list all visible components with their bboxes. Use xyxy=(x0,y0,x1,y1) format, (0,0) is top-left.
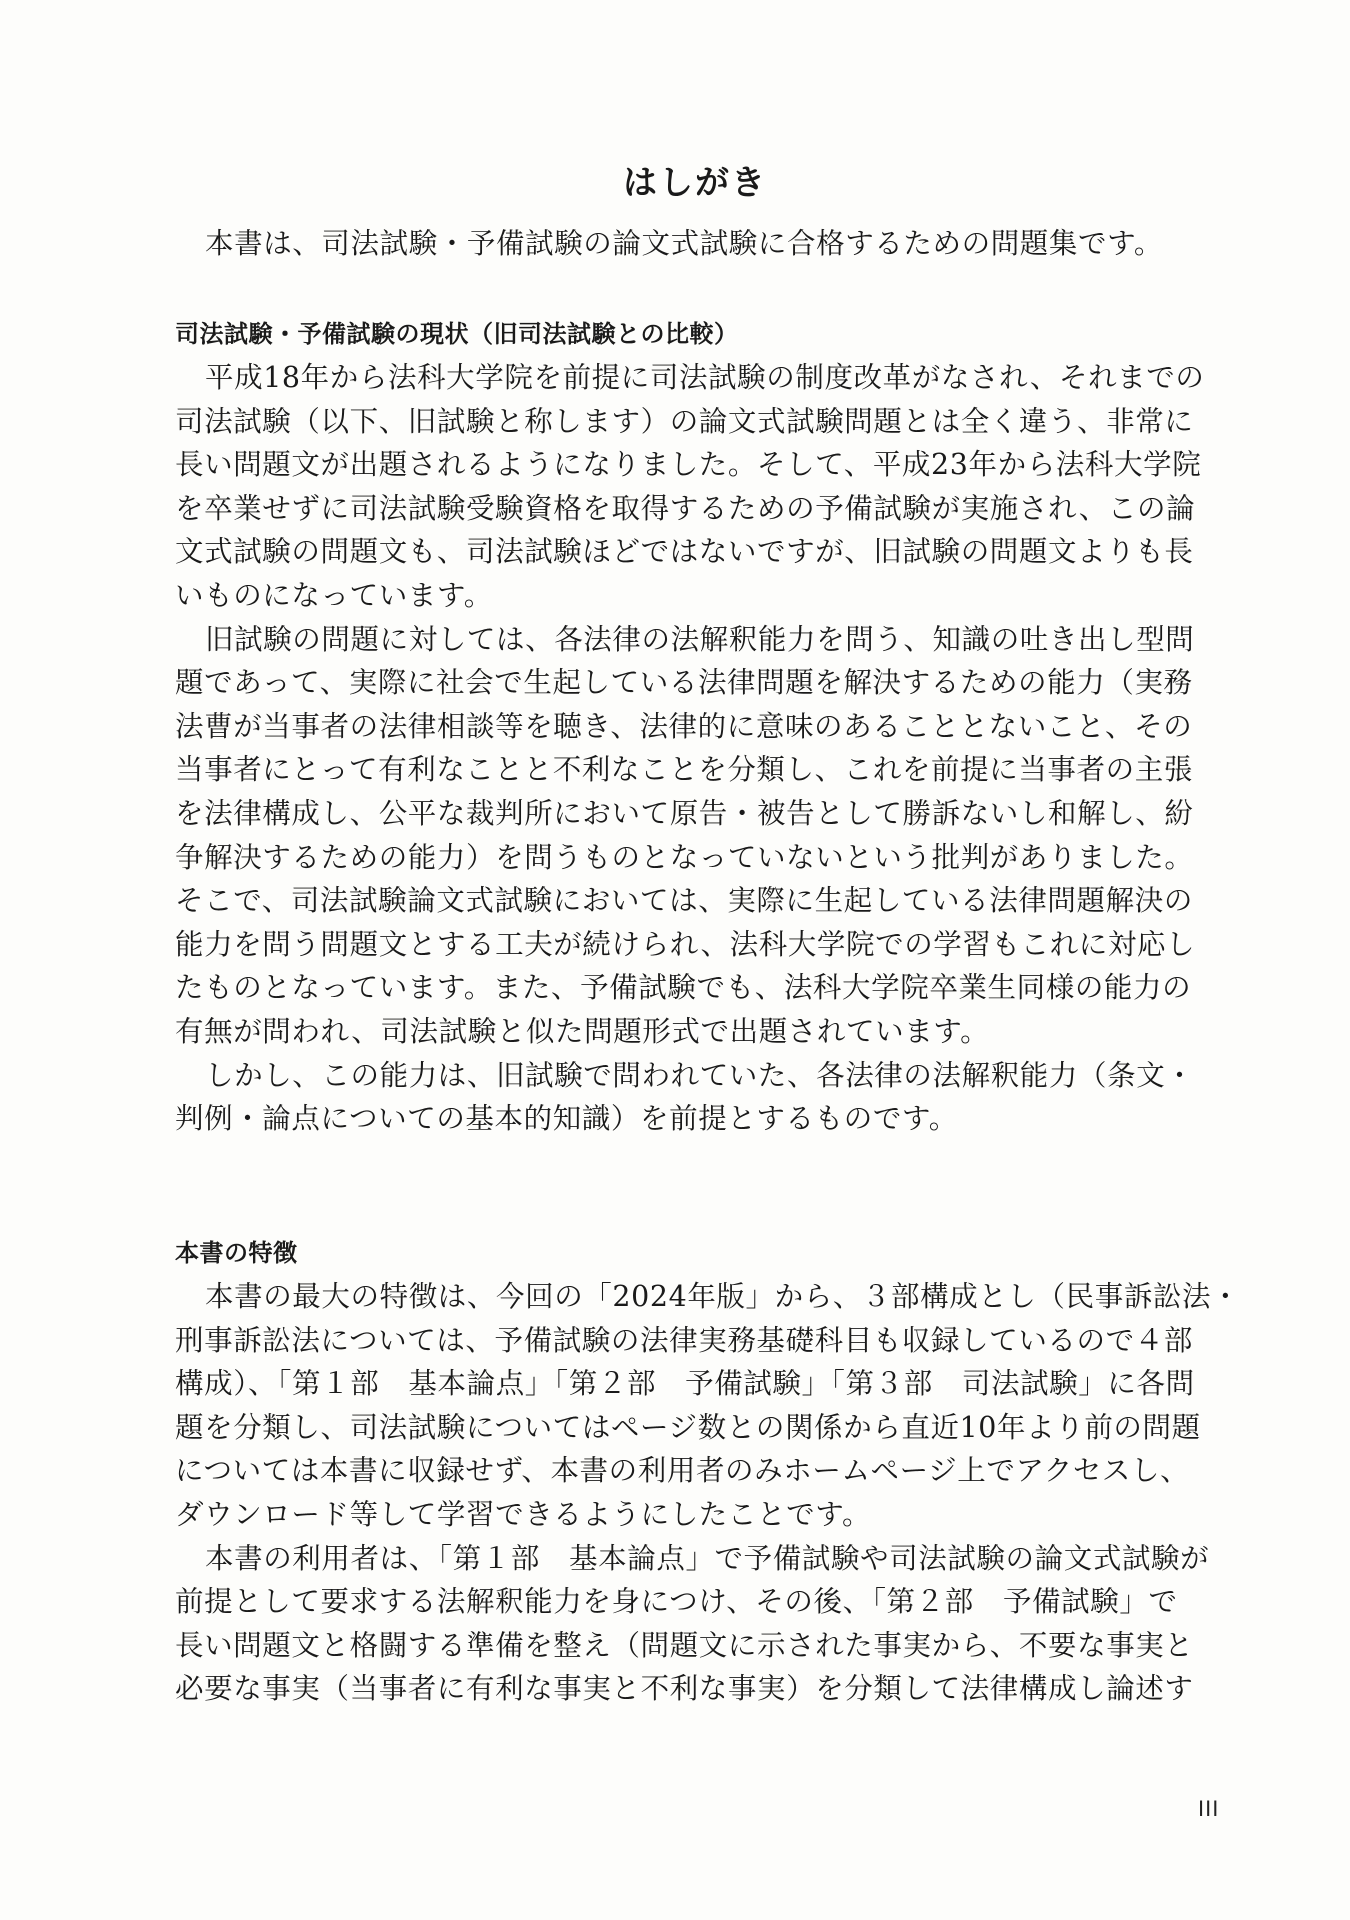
page-number: III xyxy=(1198,1796,1219,1822)
paragraph-line: については本書に収録せず、本書の利用者のみホームページ上でアクセスし、 xyxy=(175,1449,1225,1493)
paragraph-line: 能力を問う問題文とする工夫が続けられ、法科大学院での学習もこれに対応し xyxy=(175,923,1225,967)
paragraph-line: 必要な事実（当事者に有利な事実と不利な事実）を分類して法律構成し論述す xyxy=(175,1667,1225,1711)
page-title: はしがき xyxy=(0,155,1350,204)
paragraph-line: 争解決するための能力）を問うものとなっていないという批判がありました。 xyxy=(175,836,1225,880)
paragraph-line: 題であって、実際に社会で生起している法律問題を解決するための能力（実務 xyxy=(175,661,1225,705)
paragraph-line: いものになっています。 xyxy=(175,574,1225,618)
paragraph-line: そこで、司法試験論文式試験においては、実際に生起している法律問題解決の xyxy=(175,879,1225,923)
paragraph-line: 本書の利用者は、「第１部 基本論点」で予備試験や司法試験の論文式試験が xyxy=(175,1537,1225,1581)
paragraph-line: 長い問題文と格闘する準備を整え（問題文に示された事実から、不要な事実と xyxy=(175,1624,1225,1668)
paragraph-line: 本書の最大の特徴は、今回の「2024年版」から、３部構成とし（民事訴訟法・ xyxy=(175,1275,1225,1319)
paragraph-line: しかし、この能力は、旧試験で問われていた、各法律の法解釈能力（条文・ xyxy=(175,1054,1225,1098)
paragraph-line: 刑事訴訟法については、予備試験の法律実務基礎科目も収録しているので４部 xyxy=(175,1319,1225,1363)
paragraph-line: 題を分類し、司法試験についてはページ数との関係から直近10年より前の問題 xyxy=(175,1406,1225,1450)
paragraph-line: 判例・論点についての基本的知識）を前提とするものです。 xyxy=(175,1097,1225,1141)
section-book-features: 本書の特徴 本書の最大の特徴は、今回の「2024年版」から、３部構成とし（民事訴… xyxy=(175,1231,1225,1711)
paragraph-line: 司法試験（以下、旧試験と称します）の論文式試験問題とは全く違う、非常に xyxy=(175,400,1225,444)
document-page: はしがき 本書は、司法試験・予備試験の論文式試験に合格するための問題集です。 司… xyxy=(0,0,1350,1920)
paragraph-line: 当事者にとって有利なことと不利なことを分類し、これを前提に当事者の主張 xyxy=(175,748,1225,792)
section-heading: 司法試験・予備試験の現状（旧司法試験との比較） xyxy=(175,312,1225,356)
paragraph-line: 有無が問われ、司法試験と似た問題形式で出題されています。 xyxy=(175,1010,1225,1054)
paragraph-line: 長い問題文が出題されるようになりました。そして、平成23年から法科大学院 xyxy=(175,443,1225,487)
paragraph-line: 法曹が当事者の法律相談等を聴き、法律的に意味のあることとないこと、その xyxy=(175,705,1225,749)
paragraph-line: 旧試験の問題に対しては、各法律の法解釈能力を問う、知識の吐き出し型問 xyxy=(175,618,1225,662)
section-heading: 本書の特徴 xyxy=(175,1231,1225,1275)
intro-paragraph: 本書は、司法試験・予備試験の論文式試験に合格するための問題集です。 xyxy=(205,222,1163,266)
paragraph-line: を卒業せずに司法試験受験資格を取得するための予備試験が実施され、この論 xyxy=(175,487,1225,531)
paragraph-line: ダウンロード等して学習できるようにしたことです。 xyxy=(175,1493,1225,1537)
section-current-status: 司法試験・予備試験の現状（旧司法試験との比較） 平成18年から法科大学院を前提に… xyxy=(175,312,1225,1141)
paragraph-line: 平成18年から法科大学院を前提に司法試験の制度改革がなされ、それまでの xyxy=(175,356,1225,400)
paragraph-line: 文式試験の問題文も、司法試験ほどではないですが、旧試験の問題文よりも長 xyxy=(175,530,1225,574)
paragraph-line: 前提として要求する法解釈能力を身につけ、その後、「第２部 予備試験」で xyxy=(175,1580,1225,1624)
paragraph-line: 構成）、「第１部 基本論点」「第２部 予備試験」「第３部 司法試験」に各問 xyxy=(175,1362,1225,1406)
paragraph-line: を法律構成し、公平な裁判所において原告・被告として勝訴ないし和解し、紛 xyxy=(175,792,1225,836)
paragraph-line: たものとなっています。また、予備試験でも、法科大学院卒業生同様の能力の xyxy=(175,966,1225,1010)
